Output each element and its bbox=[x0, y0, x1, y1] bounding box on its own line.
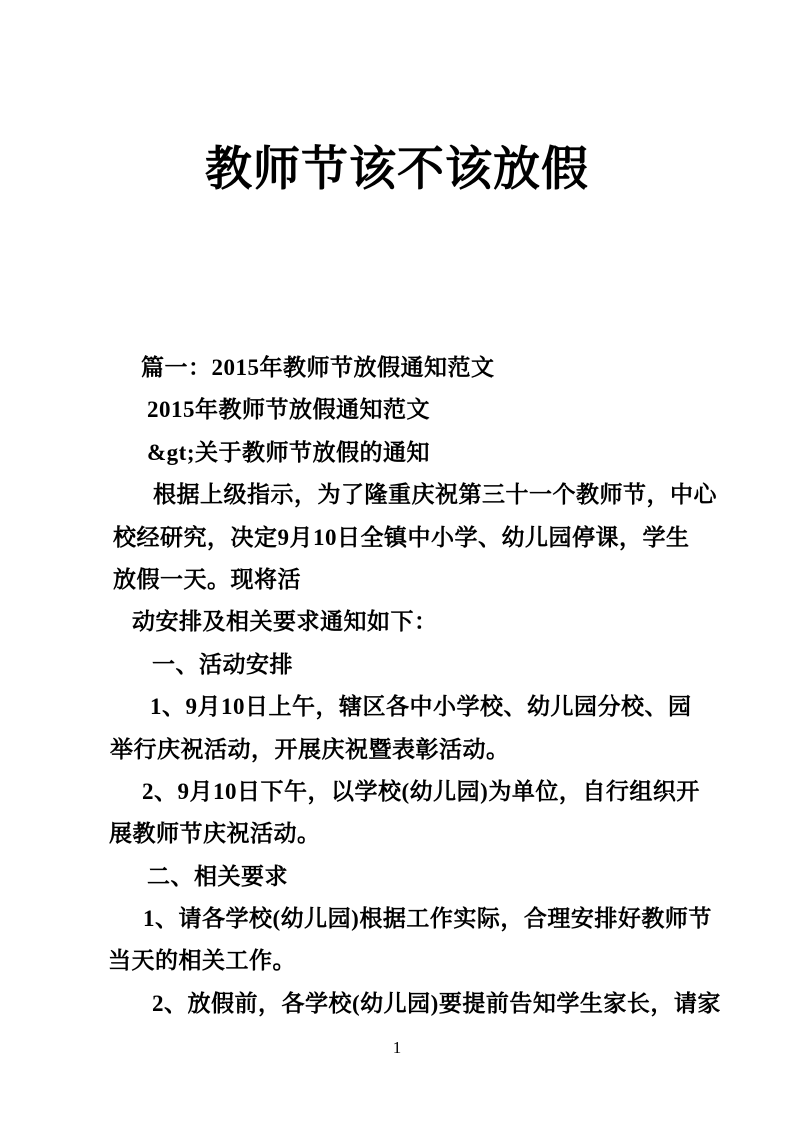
text-line: 1、请各学校(幼儿园)根据工作实际，合理安排好教师节 bbox=[0, 898, 794, 940]
text-line: 根据上级指示，为了隆重庆祝第三十一个教师节，中心 bbox=[0, 474, 794, 516]
text-line: 二、相关要求 bbox=[0, 856, 794, 898]
text-line: 2015年教师节放假通知范文 bbox=[0, 389, 794, 431]
text-line: 2、放假前，各学校(幼儿园)要提前告知学生家长，请家 bbox=[0, 983, 794, 1025]
text-line: 1、9月10日上午，辖区各中小学校、幼儿园分校、园 bbox=[0, 686, 794, 728]
text-line: 一、活动安排 bbox=[0, 644, 794, 686]
text-line: 2、9月10日下午，以学校(幼儿园)为单位，自行组织开 bbox=[0, 771, 794, 813]
page-number: 1 bbox=[0, 1038, 794, 1058]
text-line: &gt;关于教师节放假的通知 bbox=[0, 432, 794, 474]
text-line: 动安排及相关要求通知如下： bbox=[0, 601, 794, 643]
document-body: 篇一：2015年教师节放假通知范文 2015年教师节放假通知范文 &gt;关于教… bbox=[0, 347, 794, 1025]
text-line: 放假一天。现将活 bbox=[0, 559, 794, 601]
text-line: 举行庆祝活动，开展庆祝暨表彰活动。 bbox=[0, 729, 794, 771]
document-page: 教师节该不该放假 篇一：2015年教师节放假通知范文 2015年教师节放假通知范… bbox=[0, 0, 794, 1123]
text-line: 当天的相关工作。 bbox=[0, 940, 794, 982]
text-line: 校经研究，决定9月10日全镇中小学、幼儿园停课，学生 bbox=[0, 517, 794, 559]
document-title: 教师节该不该放假 bbox=[0, 132, 794, 199]
text-line: 篇一：2015年教师节放假通知范文 bbox=[0, 347, 794, 389]
text-line: 展教师节庆祝活动。 bbox=[0, 813, 794, 855]
